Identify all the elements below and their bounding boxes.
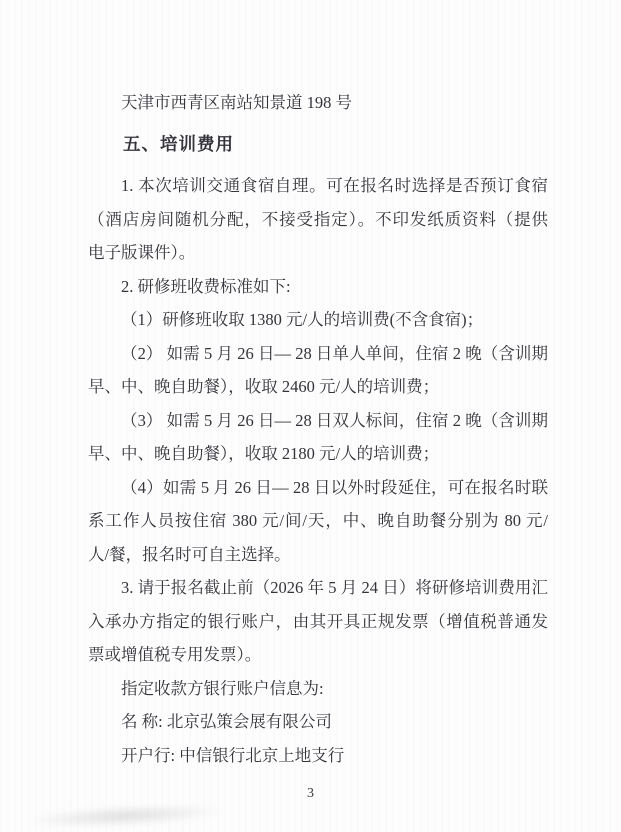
paragraph-1-line-3: 电子版课件）。 xyxy=(88,236,548,270)
document-body: 天津市西青区南站知景道 198 号五、培训费用1. 本次培训交通食宿自理。可在报… xyxy=(88,86,548,772)
paragraph-3-line-1: 3. 请于报名截止前（2026 年 5 月 24 日）将研修培训费用汇 xyxy=(88,571,548,605)
bank-branch: 开户行: 中信银行北京上地支行 xyxy=(88,739,548,773)
fee-item-4-line-2: 系工作人员按住宿 380 元/间/天，中、晚自助餐分别为 80 元/ xyxy=(88,504,548,538)
fee-item-3-line-2: 早、中、晚自助餐），收取 2180 元/人的培训费； xyxy=(88,437,548,471)
paragraph-3-line-3: 票或增值税专用发票）。 xyxy=(88,638,548,672)
paragraph-1-line-2: （酒店房间随机分配，不接受指定）。不印发纸质资料（提供 xyxy=(88,203,548,237)
address-line: 天津市西青区南站知景道 198 号 xyxy=(88,86,548,120)
fee-item-4-line-1: （4）如需 5 月 26 日— 28 日以外时段延住，可在报名时联 xyxy=(88,471,548,505)
fee-item-2-line-2: 早、中、晚自助餐），收取 2460 元/人的培训费； xyxy=(88,370,548,404)
bank-account-name: 名 称: 北京弘策会展有限公司 xyxy=(88,705,548,739)
bank-info-intro: 指定收款方银行账户信息为: xyxy=(88,672,548,706)
document-page: 天津市西青区南站知景道 198 号五、培训费用1. 本次培训交通食宿自理。可在报… xyxy=(0,0,621,832)
paragraph-3-line-2: 入承办方指定的银行账户，由其开具正规发票（增值税普通发 xyxy=(88,605,548,639)
fee-item-3-line-1: （3） 如需 5 月 26 日— 28 日双人标间，住宿 2 晚（含训期 xyxy=(88,404,548,438)
paragraph-2: 2. 研修班收费标准如下: xyxy=(88,270,548,304)
fee-item-1: （1）研修班收取 1380 元/人的培训费(不含食宿)； xyxy=(88,303,548,337)
fee-item-4-line-3: 人/餐，报名时可自主选择。 xyxy=(88,538,548,572)
section-heading: 五、培训费用 xyxy=(88,128,548,162)
page-number: 3 xyxy=(0,786,621,802)
fee-item-2-line-1: （2） 如需 5 月 26 日— 28 日单人单间，住宿 2 晚（含训期 xyxy=(88,337,548,371)
scan-smudge-artifact xyxy=(25,801,226,831)
paragraph-1-line-1: 1. 本次培训交通食宿自理。可在报名时选择是否预订食宿 xyxy=(88,169,548,203)
